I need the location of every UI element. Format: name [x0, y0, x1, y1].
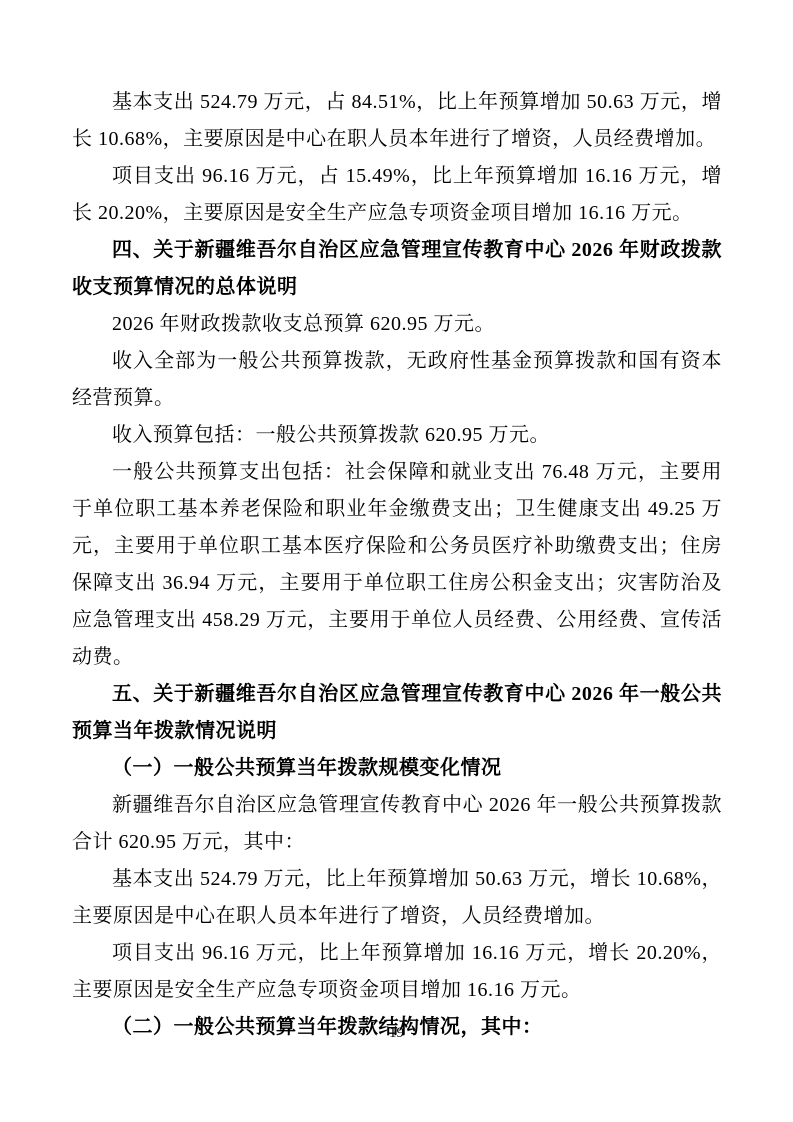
paragraph-expense-breakdown: 一般公共预算支出包括：社会保障和就业支出 76.48 万元，主要用于单位职工基本…	[72, 454, 722, 676]
paragraph-income-budget: 收入预算包括：一般公共预算拨款 620.95 万元。	[72, 417, 722, 454]
paragraph-project-expense-change: 项目支出 96.16 万元，比上年预算增加 16.16 万元，增长 20.20%…	[72, 935, 722, 1009]
paragraph-project-expense-overview: 项目支出 96.16 万元，占 15.49%，比上年预算增加 16.16 万元，…	[72, 158, 722, 232]
heading-section-5: 五、关于新疆维吾尔自治区应急管理宣传教育中心 2026 年一般公共预算当年拨款情…	[72, 676, 722, 750]
page-number: 19	[0, 1022, 793, 1044]
paragraph-basic-expense-overview: 基本支出 524.79 万元，占 84.51%，比上年预算增加 50.63 万元…	[72, 84, 722, 158]
heading-section-4: 四、关于新疆维吾尔自治区应急管理宣传教育中心 2026 年财政拨款收支预算情况的…	[72, 232, 722, 306]
heading-subsection-1: （一）一般公共预算当年拨款规模变化情况	[72, 750, 722, 787]
paragraph-appropriation-total: 新疆维吾尔自治区应急管理宣传教育中心 2026 年一般公共预算拨款合计 620.…	[72, 787, 722, 861]
document-page: 基本支出 524.79 万元，占 84.51%，比上年预算增加 50.63 万元…	[0, 0, 793, 1122]
paragraph-basic-expense-change: 基本支出 524.79 万元，比上年预算增加 50.63 万元，增长 10.68…	[72, 861, 722, 935]
paragraph-income-source: 收入全部为一般公共预算拨款，无政府性基金预算拨款和国有资本经营预算。	[72, 343, 722, 417]
paragraph-total-budget: 2026 年财政拨款收支总预算 620.95 万元。	[72, 306, 722, 343]
document-body: 基本支出 524.79 万元，占 84.51%，比上年预算增加 50.63 万元…	[72, 84, 722, 1046]
